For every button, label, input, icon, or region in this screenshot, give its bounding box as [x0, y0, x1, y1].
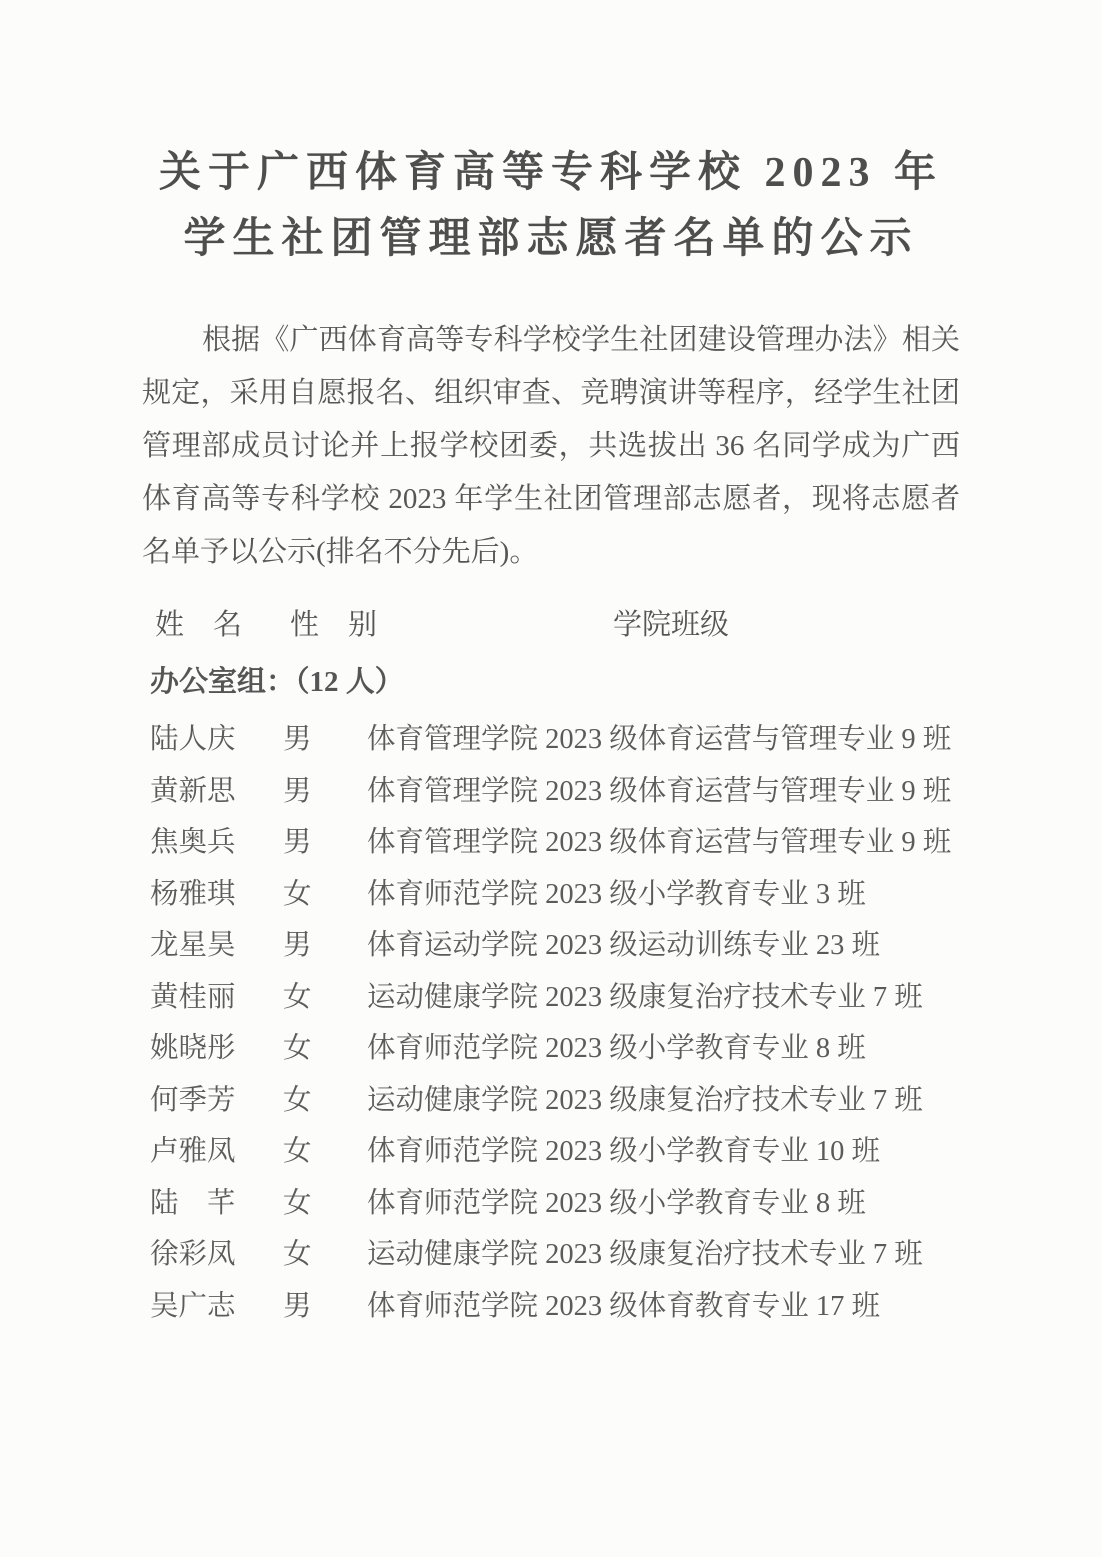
table-row: 杨雅琪 女 体育师范学院 2023 级小学教育专业 3 班 [150, 866, 982, 918]
student-gender: 女 [283, 1128, 367, 1169]
student-class: 运动健康学院 2023 级康复治疗技术专业 7 班 [367, 974, 982, 1015]
student-class: 体育师范学院 2023 级小学教育专业 3 班 [367, 871, 982, 912]
student-gender: 女 [283, 871, 367, 912]
table-row: 何季芳 女 运动健康学院 2023 级康复治疗技术专业 7 班 [150, 1072, 982, 1124]
table-row: 龙星昊 男 体育运动学院 2023 级运动训练专业 23 班 [150, 917, 982, 969]
student-name: 卢雅凤 [150, 1128, 283, 1169]
student-name: 何季芳 [150, 1077, 283, 1118]
table-row: 黄桂丽 女 运动健康学院 2023 级康复治疗技术专业 7 班 [150, 969, 982, 1021]
intro-paragraph: 根据《广西体育高等专科学校学生社团建设管理办法》相关 规定，采用自愿报名、组织审… [142, 314, 960, 579]
student-gender: 男 [283, 922, 367, 963]
table-row: 吴广志 男 体育师范学院 2023 级体育教育专业 17 班 [150, 1278, 982, 1330]
table-row: 徐彩凤 女 运动健康学院 2023 级康复治疗技术专业 7 班 [150, 1226, 982, 1278]
student-class: 运动健康学院 2023 级康复治疗技术专业 7 班 [367, 1231, 982, 1272]
table-row: 黄新思 男 体育管理学院 2023 级体育运营与管理专业 9 班 [150, 763, 982, 815]
table-row: 姚晓彤 女 体育师范学院 2023 级小学教育专业 8 班 [150, 1020, 982, 1072]
table-row: 陆人庆 男 体育管理学院 2023 级体育运营与管理专业 9 班 [150, 711, 982, 763]
student-name: 徐彩凤 [150, 1231, 283, 1272]
document-title: 关于广西体育高等专科学校 2023 年 学生社团管理部志愿者名单的公示 [0, 0, 1102, 272]
document-title-line2: 学生社团管理部志愿者名单的公示 [0, 206, 1102, 272]
header-class: 学院班级 [613, 603, 962, 647]
header-name: 姓 名 [150, 603, 285, 647]
student-name: 黄桂丽 [150, 974, 283, 1015]
paragraph-line: 名单予以公示(排名不分先后)。 [142, 526, 960, 579]
student-name: 陆 芊 [150, 1180, 283, 1221]
student-gender: 女 [283, 1180, 367, 1221]
student-class: 体育管理学院 2023 级体育运营与管理专业 9 班 [367, 819, 982, 860]
group-label: 办公室组：（12 人） [150, 659, 962, 705]
table-row: 卢雅凤 女 体育师范学院 2023 级小学教育专业 10 班 [150, 1123, 982, 1175]
student-class: 运动健康学院 2023 级康复治疗技术专业 7 班 [367, 1077, 982, 1118]
student-class: 体育管理学院 2023 级体育运营与管理专业 9 班 [367, 716, 982, 757]
student-name: 姚晓彤 [150, 1025, 283, 1066]
student-class: 体育师范学院 2023 级体育教育专业 17 班 [367, 1283, 982, 1324]
paragraph-line: 规定，采用自愿报名、组织审查、竞聘演讲等程序，经学生社团 [142, 367, 960, 420]
student-gender: 女 [283, 1077, 367, 1118]
student-class: 体育运动学院 2023 级运动训练专业 23 班 [367, 922, 982, 963]
student-class: 体育师范学院 2023 级小学教育专业 8 班 [367, 1025, 982, 1066]
paragraph-line: 根据《广西体育高等专科学校学生社团建设管理办法》相关 [142, 314, 960, 367]
student-name: 吴广志 [150, 1283, 283, 1324]
table-row: 陆 芊 女 体育师范学院 2023 级小学教育专业 8 班 [150, 1175, 982, 1227]
student-class: 体育师范学院 2023 级小学教育专业 10 班 [367, 1128, 982, 1169]
student-class: 体育师范学院 2023 级小学教育专业 8 班 [367, 1180, 982, 1221]
student-name: 陆人庆 [150, 716, 283, 757]
student-name: 杨雅琪 [150, 871, 283, 912]
paragraph-line: 管理部成员讨论并上报学校团委，共选拔出 36 名同学成为广西 [142, 420, 960, 473]
student-gender: 男 [283, 1283, 367, 1324]
student-name: 龙星昊 [150, 922, 283, 963]
student-gender: 男 [283, 768, 367, 809]
header-gender: 性 别 [285, 603, 613, 647]
document-title-line1: 关于广西体育高等专科学校 2023 年 [0, 140, 1102, 206]
table-header: 姓 名 性 别 学院班级 [150, 603, 962, 647]
student-class: 体育管理学院 2023 级体育运营与管理专业 9 班 [367, 768, 982, 809]
student-gender: 男 [283, 716, 367, 757]
student-name: 焦奥兵 [150, 819, 283, 860]
student-gender: 男 [283, 819, 367, 860]
student-gender: 女 [283, 1025, 367, 1066]
student-gender: 女 [283, 1231, 367, 1272]
student-name: 黄新思 [150, 768, 283, 809]
paragraph-line: 体育高等专科学校 2023 年学生社团管理部志愿者，现将志愿者 [142, 473, 960, 526]
student-gender: 女 [283, 974, 367, 1015]
volunteer-list: 陆人庆 男 体育管理学院 2023 级体育运营与管理专业 9 班 黄新思 男 体… [150, 711, 982, 1329]
document-page: 关于广西体育高等专科学校 2023 年 学生社团管理部志愿者名单的公示 根据《广… [0, 0, 1102, 1557]
table-row: 焦奥兵 男 体育管理学院 2023 级体育运营与管理专业 9 班 [150, 814, 982, 866]
